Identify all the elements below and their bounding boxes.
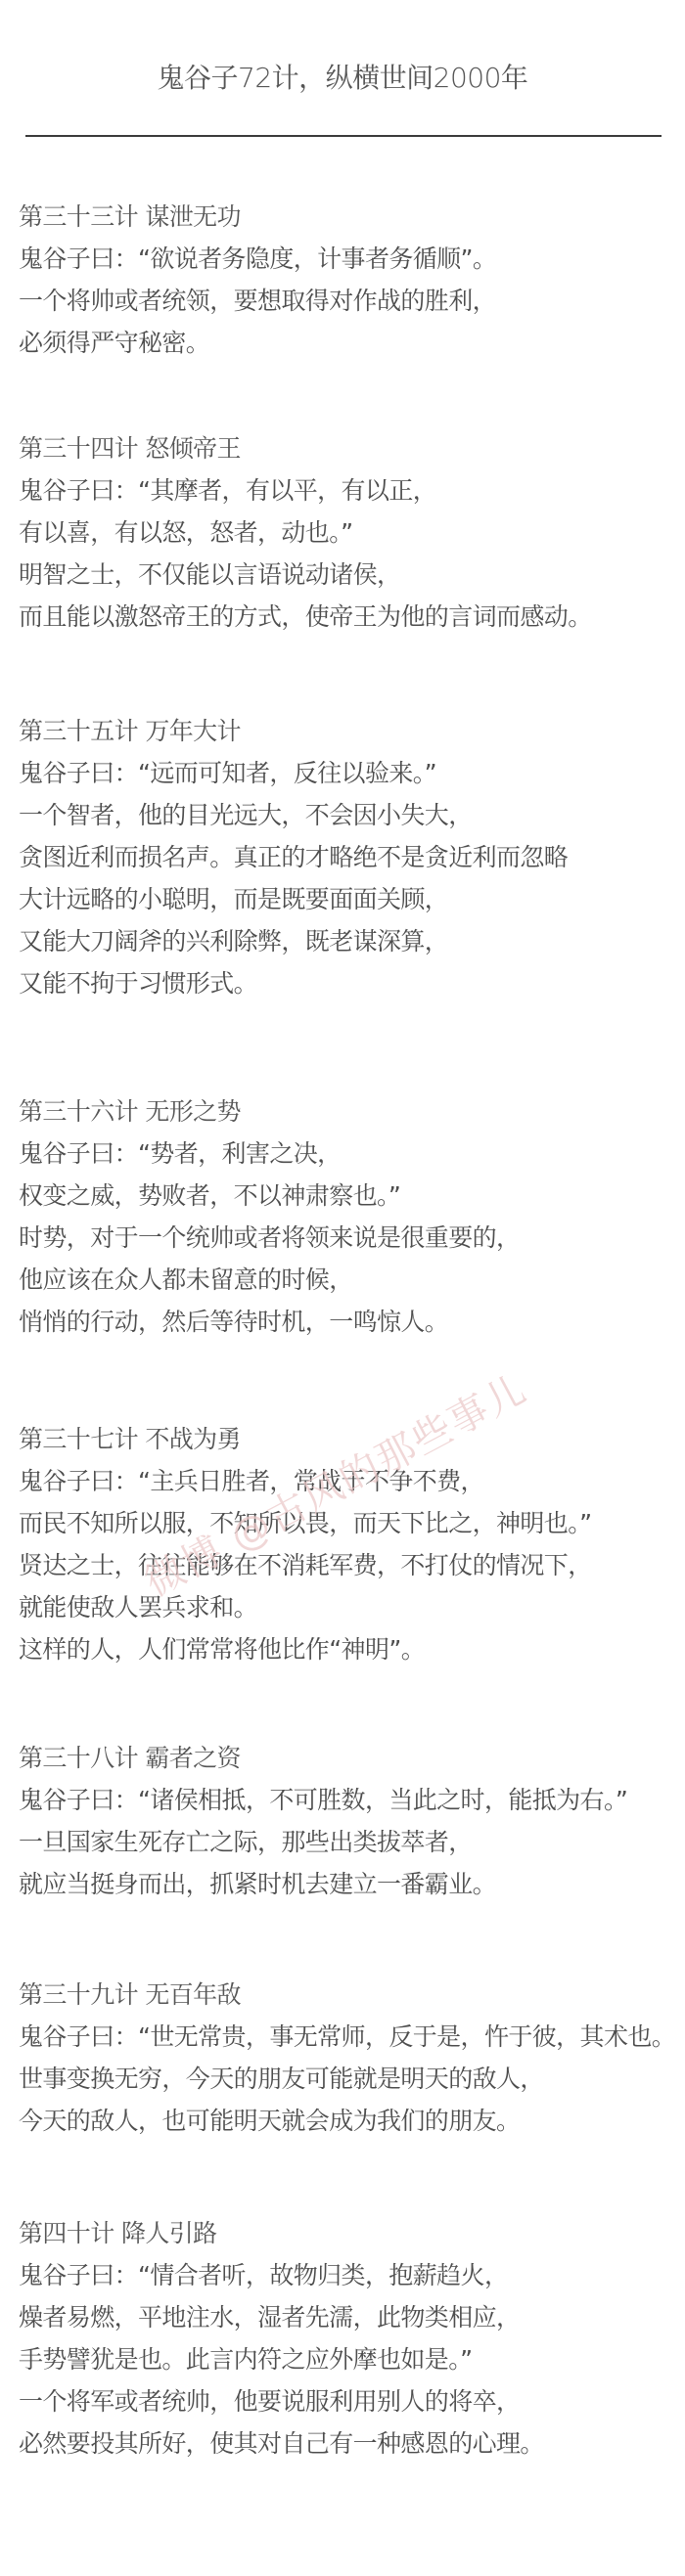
explanation-line: 今天的敌人，也可能明天就会成为我们的朋友。 xyxy=(19,2100,684,2142)
strategy-heading: 第三十九计 无百年敌 xyxy=(19,1974,684,2016)
explanation-line: 明智之士，不仅能以言语说动诸侯， xyxy=(19,554,684,596)
explanation-line: 必然要投其所好，使其对自己有一种感恩的心理。 xyxy=(19,2422,684,2465)
strategy-section: 第四十计 降人引路鬼谷子曰：“情合者听，故物归类，抱薪趋火，燥者易燃，平地注水，… xyxy=(19,2212,684,2465)
strategy-section: 第三十六计 无形之势鬼谷子曰：“势者，利害之决，权变之威，势败者，不以神肃察也。… xyxy=(19,1090,684,1343)
guiguzi-quote-line: 鬼谷子曰：“其摩者，有以平，有以正， xyxy=(19,469,684,511)
strategy-section: 第三十三计 谋泄无功鬼谷子曰：“欲说者务隐度，计事者务循顺”。一个将帅或者统领，… xyxy=(19,196,684,364)
explanation-line: 又能不拘于习惯形式。 xyxy=(19,962,684,1004)
explanation-line: 贪图近利而损名声。真正的才略绝不是贪近利而忽略 xyxy=(19,836,684,878)
guiguzi-quote-line: 鬼谷子曰：“势者，利害之决， xyxy=(19,1133,684,1175)
strategy-heading: 第三十三计 谋泄无功 xyxy=(19,196,684,238)
strategy-heading: 第四十计 降人引路 xyxy=(19,2212,684,2254)
title-divider xyxy=(25,135,662,137)
explanation-line: 一个将军或者统帅，他要说服利用别人的将卒， xyxy=(19,2380,684,2422)
strategy-heading: 第三十七计 不战为勇 xyxy=(19,1418,684,1460)
strategy-section: 第三十九计 无百年敌鬼谷子曰：“世无常贵，事无常师，反于是，忤于彼，其术也。世事… xyxy=(19,1974,684,2142)
explanation-line: 就应当挺身而出，抓紧时机去建立一番霸业。 xyxy=(19,1863,684,1905)
explanation-line: 就能使敌人罢兵求和。 xyxy=(19,1586,684,1628)
strategy-heading: 第三十六计 无形之势 xyxy=(19,1090,684,1133)
explanation-line: 他应该在众人都未留意的时候， xyxy=(19,1259,684,1301)
strategy-section: 第三十五计 万年大计鬼谷子曰：“远而可知者，反往以验来。”一个智者，他的目光远大… xyxy=(19,710,684,1004)
explanation-line: 贤达之士，往往能够在不消耗军费，不打仗的情况下， xyxy=(19,1544,684,1586)
guiguzi-quote-line: 鬼谷子曰：“欲说者务隐度，计事者务循顺”。 xyxy=(19,238,684,280)
explanation-line: 手势譬犹是也。此言内符之应外摩也如是。” xyxy=(19,2338,684,2380)
guiguzi-quote-line: 鬼谷子曰：“主兵日胜者，常战于不争不费， xyxy=(19,1460,684,1502)
guiguzi-quote-line: 鬼谷子曰：“远而可知者，反往以验来。” xyxy=(19,752,684,794)
explanation-line: 必须得严守秘密。 xyxy=(19,322,684,364)
strategy-heading: 第三十五计 万年大计 xyxy=(19,710,684,752)
strategy-section: 第三十八计 霸者之资鬼谷子曰：“诸侯相抵，不可胜数，当此之时，能抵为右。”一旦国… xyxy=(19,1737,684,1905)
explanation-line: 大计远略的小聪明，而是既要面面关顾， xyxy=(19,878,684,920)
explanation-line: 权变之威，势败者，不以神肃察也。” xyxy=(19,1175,684,1217)
explanation-line: 时势，对于一个统帅或者将领来说是很重要的， xyxy=(19,1217,684,1259)
explanation-line: 而民不知所以服，不知所以畏，而天下比之，神明也。” xyxy=(19,1502,684,1544)
explanation-line: 燥者易燃，平地注水，湿者先濡，此物类相应， xyxy=(19,2296,684,2338)
strategy-heading: 第三十八计 霸者之资 xyxy=(19,1737,684,1779)
guiguzi-quote-line: 鬼谷子曰：“情合者听，故物归类，抱薪趋火， xyxy=(19,2254,684,2296)
explanation-line: 一个智者，他的目光远大，不会因小失大， xyxy=(19,794,684,836)
explanation-line: 而且能以激怒帝王的方式，使帝王为他的言词而感动。 xyxy=(19,596,684,638)
explanation-line: 又能大刀阔斧的兴利除弊，既老谋深算， xyxy=(19,920,684,962)
page-title: 鬼谷子72计，纵横世间2000年 xyxy=(0,59,685,98)
explanation-line: 这样的人，人们常常将他比作“神明”。 xyxy=(19,1628,684,1670)
explanation-line: 悄悄的行动，然后等待时机，一鸣惊人。 xyxy=(19,1301,684,1343)
explanation-line: 世事变换无穷，今天的朋友可能就是明天的敌人， xyxy=(19,2058,684,2100)
explanation-line: 一旦国家生死存亡之际，那些出类拔萃者， xyxy=(19,1821,684,1863)
guiguzi-quote-line: 鬼谷子曰：“世无常贵，事无常师，反于是，忤于彼，其术也。 xyxy=(19,2016,684,2058)
strategy-section: 第三十四计 怒倾帝王鬼谷子曰：“其摩者，有以平，有以正，有以喜，有以怒，怒者，动… xyxy=(19,427,684,638)
strategy-section: 第三十七计 不战为勇鬼谷子曰：“主兵日胜者，常战于不争不费，而民不知所以服，不知… xyxy=(19,1418,684,1670)
strategy-heading: 第三十四计 怒倾帝王 xyxy=(19,427,684,469)
explanation-line: 有以喜，有以怒，怒者，动也。” xyxy=(19,511,684,554)
explanation-line: 一个将帅或者统领，要想取得对作战的胜利， xyxy=(19,280,684,322)
guiguzi-quote-line: 鬼谷子曰：“诸侯相抵，不可胜数，当此之时，能抵为右。” xyxy=(19,1779,684,1821)
